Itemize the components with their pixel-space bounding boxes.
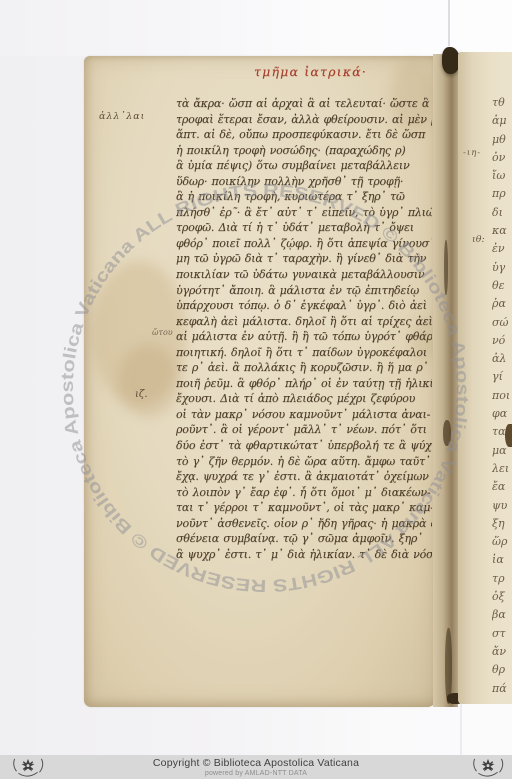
facing-page-text-fragment: τθ xyxy=(492,96,512,114)
footer-bar: Copyright © Biblioteca Apostolica Vatica… xyxy=(0,755,512,779)
manuscript-text-line: ποιῆ ῥεῦμ. ἃ φθόρ᾽ πλήρ᾽ οἱ ἐν ταύτῃ τῇ … xyxy=(176,377,432,393)
facing-page-text-fragment: ὀν xyxy=(492,151,512,169)
facing-page-text-fragment: ποι xyxy=(492,389,512,407)
facing-page-sliver: τθἀμμθὀνἴωπρδικαἐνὑγθεῥασώνόἀλγίποιφαται… xyxy=(458,52,512,704)
facing-page-text-fragment: σώ xyxy=(492,316,512,334)
manuscript-text-line: μη τῶ ὑγρῶ διὰ τ᾽ ταραχὴν. ἢ γίνεθ᾽ διὰ … xyxy=(176,252,432,268)
facing-page-text-fragment: ὀξ xyxy=(492,590,512,608)
backdrop-seam-line-bottom xyxy=(460,704,462,755)
manuscript-text-line: τὸ γ᾽ ζῆν θερμόν. ἡ δὲ ὥρα αὕτη. ἄμφω τα… xyxy=(176,455,432,471)
quire-number: ιθ: xyxy=(472,234,485,245)
manuscript-text-line: ἔχᾳ. ψυχρά τε γ᾽ ἐστι. ἃ ἀκμαιοτάτ᾽ ὀχεί… xyxy=(176,470,432,486)
rubric-title: τμῆμα ἰατρικά· xyxy=(254,64,374,79)
manuscript-text-line: ροῦντ᾽. ἃ οἱ γέροντ᾽ μᾶλλ᾽ τ᾽ νέων. πότ᾽… xyxy=(176,423,432,439)
manuscript-text-line: τροφαὶ ἕτεραι ἔσαν, ἀλλὰ φθείρουσιν. αἱ … xyxy=(176,113,432,129)
manuscript-text-line: αἱ μάλιστα ἐν αὐτῇ. ἢ ἢ τῶ τόπω ὑγρότ᾽ φ… xyxy=(176,330,432,346)
facing-page-text-fragment: ἔα xyxy=(492,480,512,498)
manuscript-text-line: σθένεια συμβαίνᾳ. τῷ γ᾽ σῶμα ἀμφοῖν. ξηρ… xyxy=(176,532,432,548)
footer-powered-by-text: powered by AMLAD-NTT DATA xyxy=(0,770,512,777)
facing-page-text-fragment: ἀμ xyxy=(492,114,512,132)
manuscript-text-line: τε ρ᾽ ἀεὶ. ἃ πολλάκις ἢ κορυζῶσιν. ἢ ἥ μ… xyxy=(176,361,432,377)
manuscript-text-line: οἱ τὰν μακρ᾽ νόσου καμνοῦντ᾽ μάλιστα ἀνα… xyxy=(176,408,432,424)
facing-page-text-fragment: μθ xyxy=(492,133,512,151)
manuscript-scan-viewport: τμῆμα ἰατρικά· τὰ ἄκρα· ὥσπ αἱ ἀρχαὶ ἃ α… xyxy=(0,0,512,779)
facing-page-text-fragment: θε xyxy=(492,279,512,297)
manuscript-text-line: ται τ᾽ γέρροι τ᾽ καμνοῦντ᾽, οἱ τὰς μακρ᾽… xyxy=(176,501,432,517)
manuscript-text-line: ἃ ὑμία πέψις) ὅτω συμβαίνει μεταβάλλειν xyxy=(176,159,432,175)
facing-page-text-fragment: πά xyxy=(492,682,512,700)
manuscript-text-line: ποικιλίαν τῶ ὑδάτω γυναικὰ μεταβάλλουσιν xyxy=(176,268,432,284)
facing-page-text-fragment: πρ xyxy=(492,187,512,205)
manuscript-text-line: ἅπτ. αἱ δὲ, οὔπω προσπεφύκασιν. ἔτι δὲ ὥ… xyxy=(176,128,432,144)
facing-page-text-fragment: ὥρ xyxy=(492,535,512,553)
gutter-crease xyxy=(444,240,448,295)
manuscript-text-line: ἃ ψυχρ᾽ ἐστι. τ᾽ μ᾽ διὰ ἡλικίαν. τ᾽ δὲ δ… xyxy=(176,548,432,564)
manuscript-text-line: νοῦντ᾽ ἀσθενεῖς. οἷον ρ᾽ ἤδη γῆρας· ἡ μα… xyxy=(176,517,432,533)
facing-page-text-fragment: νό xyxy=(492,334,512,352)
manuscript-text-line: τὰ ἄκρα· ὥσπ αἱ ἀρχαὶ ἃ αἱ τελευταί· ὥστ… xyxy=(176,97,432,113)
manuscript-text-line: τὸ λοιπὸν γ᾽ ἔαρ ἐφ᾽. ἦ ὅτι ὅμοι᾽ μ᾽ δια… xyxy=(176,486,432,502)
facing-page-text-fragment: φα xyxy=(492,407,512,425)
page-edge-notch xyxy=(505,424,512,447)
manuscript-text-line: ὕδωρ· ποικίλην πολλὴν χρῆσθ᾽ τῇ τροφῇ· xyxy=(176,175,432,191)
facing-page-text-column: τθἀμμθὀνἴωπρδικαἐνὑγθεῥασώνόἀλγίποιφαται… xyxy=(492,96,512,700)
facing-page-text-fragment: ἀλ xyxy=(492,352,512,370)
vatican-library-logo-icon xyxy=(8,756,48,779)
facing-page-text-fragment: θρ xyxy=(492,663,512,681)
facing-page-text-fragment: δι xyxy=(492,206,512,224)
marginal-note: ἀλλ᾽λαι xyxy=(99,111,145,122)
facing-page-text-fragment: γί xyxy=(492,370,512,388)
marginal-numeral: ιζ. xyxy=(135,389,148,400)
manuscript-text-line: ἡ ποικίλη τροφὴ νοσώδης· (παραχώδης ρ) xyxy=(176,144,432,160)
facing-page-text-fragment: ἄν xyxy=(492,645,512,663)
facing-page-text-fragment: βα xyxy=(492,608,512,626)
manuscript-text-line: κεφαλὴ ἀεὶ μάλιστα. δηλοῖ ἢ ὅτι αἱ τρίχε… xyxy=(176,315,432,331)
manuscript-text-block: τὰ ἄκρα· ὥσπ αἱ ἀρχαὶ ἃ αἱ τελευταί· ὥστ… xyxy=(176,97,432,563)
binding-gutter xyxy=(433,54,458,707)
footer-copyright-text: Copyright © Biblioteca Apostolica Vatica… xyxy=(0,757,512,769)
manuscript-text-line: ποιητική. δηλοῖ ἢ ὅτι τ᾽ παίδων ὑγροκέφα… xyxy=(176,346,432,362)
marginal-note: ὤτου xyxy=(152,328,173,337)
facing-page-text-fragment: κα xyxy=(492,224,512,242)
facing-page-text-fragment: ἴω xyxy=(492,169,512,187)
facing-page-text-fragment: λει xyxy=(492,462,512,480)
quire-number: -ιη- xyxy=(463,148,481,158)
facing-page-text-fragment: ὑγ xyxy=(492,261,512,279)
manuscript-text-line: ἃ ἡ ποικίλη τροφὴ, κυριωτέρα τ᾽ ξηρ᾽ τῶ xyxy=(176,190,432,206)
manuscript-text-line: τροφῶ. Διὰ τί ἡ τ᾽ ὑδάτ᾽ μεταβολὴ τ᾽ ὄψε… xyxy=(176,221,432,237)
manuscript-text-line: ὑγρότητ᾽ ἄποιη. ἃ μάλιστα ἐν τῷ ἐπιτηδεί… xyxy=(176,284,432,300)
manuscript-text-line: πλήσθ᾽ ἐρ῀· ἃ ἔτ᾽ αὐτ᾽ τ᾽ εἰπεῖν, τὸ ὑγρ… xyxy=(176,206,432,222)
manuscript-text-line: δύο ἐστ᾽ τὰ φθαρτικώτατ᾽ ὑπερβολή τε ἃ ψ… xyxy=(176,439,432,455)
manuscript-text-line: ἔχουσι. Διὰ τί ἀπὸ πλειάδος μέχρι ζεφύρο… xyxy=(176,392,432,408)
manuscript-text-line: ὑπάρχουσι τόπῳ. ὁ δ᾽ ἐγκέφαλ᾽ ὑγρ᾽. διὸ … xyxy=(176,299,432,315)
facing-page-text-fragment: ἐν xyxy=(492,242,512,260)
parchment-stain xyxy=(118,344,180,418)
manuscript-page: τμῆμα ἰατρικά· τὰ ἄκρα· ὥσπ αἱ ἀρχαὶ ἃ α… xyxy=(84,56,437,707)
gutter-crease xyxy=(443,420,451,446)
facing-page-text-fragment: τρ xyxy=(492,572,512,590)
facing-page-text-fragment: ῥα xyxy=(492,297,512,315)
facing-page-text-fragment: ξη xyxy=(492,517,512,535)
facing-page-text-fragment: ψυ xyxy=(492,499,512,517)
facing-page-text-fragment: στ xyxy=(492,627,512,645)
vatican-library-logo-icon xyxy=(468,756,508,779)
manuscript-text-line: φθόρ᾽ ποιεῖ πολλ᾽ ζῴφρ. ἢ ὅτι ἀπεψία γίν… xyxy=(176,237,432,253)
backdrop-seam-line-top xyxy=(448,0,450,46)
photo-backdrop-top xyxy=(0,0,512,56)
facing-page-text-fragment: ἰα xyxy=(492,553,512,571)
